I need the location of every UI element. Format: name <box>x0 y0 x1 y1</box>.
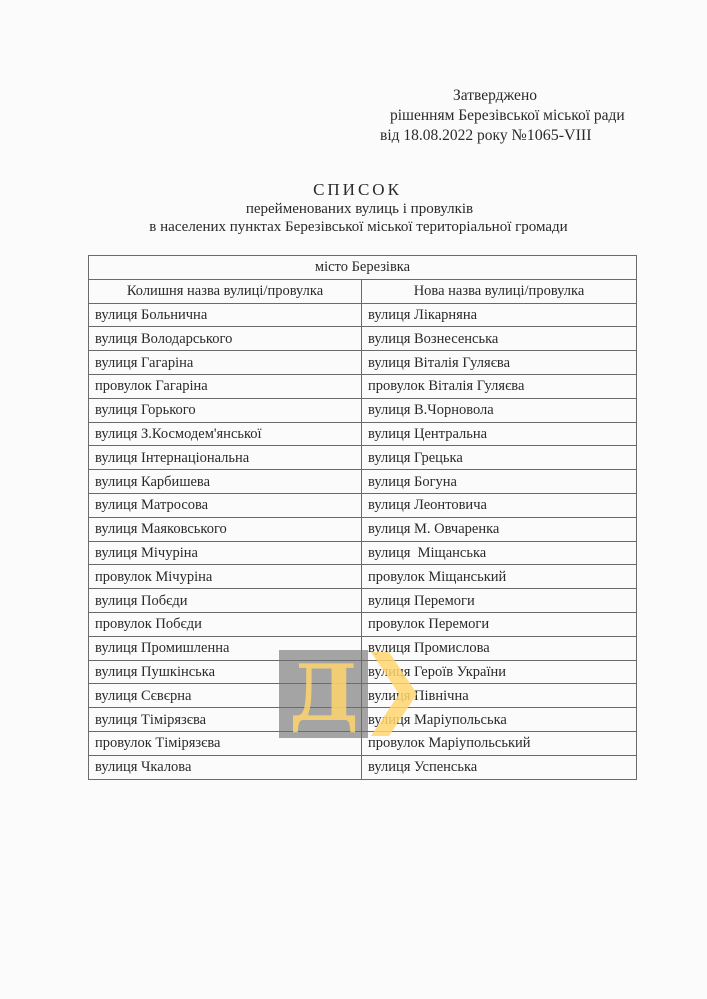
new-name-cell: вулиця Віталія Гуляєва <box>362 351 637 375</box>
approval-line-approved: Затверджено <box>380 86 680 106</box>
old-name-cell: вулиця Промишленна <box>89 636 362 660</box>
new-name-cell: вулиця Перемоги <box>362 589 637 613</box>
new-name-cell: вулиця Грецька <box>362 446 637 470</box>
section-header-city: місто Березівка <box>89 256 637 280</box>
new-name-cell: вулиця Успенська <box>362 755 637 779</box>
new-name-cell: вулиця Маріупольська <box>362 708 637 732</box>
new-name-cell: вулиця Леонтовича <box>362 493 637 517</box>
old-name-cell: провулок Мічуріна <box>89 565 362 589</box>
new-name-cell: вулиця Міщанська <box>362 541 637 565</box>
old-name-cell: вулиця Сєвєрна <box>89 684 362 708</box>
new-name-cell: вулиця В.Чорновола <box>362 398 637 422</box>
document-subtitle-line-2: в населених пунктах Березівської міської… <box>0 218 707 236</box>
approval-stamp: Затверджено рішенням Березівської місько… <box>380 86 680 146</box>
table-row: вулиця Побєдивулиця Перемоги <box>89 589 637 613</box>
table-row: вулиця Сєвєрнавулиця Північна <box>89 684 637 708</box>
table-row: вулиця Тімірязєвавулиця Маріупольська <box>89 708 637 732</box>
new-name-cell: вулиця Центральна <box>362 422 637 446</box>
table-row: провулок Гагарінапровулок Віталія Гуляєв… <box>89 374 637 398</box>
table-row: вулиця Промишленнавулиця Промислова <box>89 636 637 660</box>
old-name-cell: вулиця Володарського <box>89 327 362 351</box>
table-row: вулиця Матросовавулиця Леонтовича <box>89 493 637 517</box>
old-name-cell: провулок Тімірязєва <box>89 731 362 755</box>
table-row: вулиця Маяковськоговулиця М. Овчаренка <box>89 517 637 541</box>
approval-date: від 18.08.2022 року <box>380 127 511 144</box>
table-row: вулиця Пушкінськавулиця Героїв України <box>89 660 637 684</box>
new-name-cell: вулиця Північна <box>362 684 637 708</box>
new-name-cell: вулиця М. Овчаренка <box>362 517 637 541</box>
table-row: вулиця Больничнавулиця Лікарняна <box>89 303 637 327</box>
new-name-cell: провулок Міщанський <box>362 565 637 589</box>
old-name-cell: вулиця Горького <box>89 398 362 422</box>
approval-line-decision: рішенням Березівської міської ради <box>380 106 680 126</box>
column-header-new-name: Нова назва вулиці/провулка <box>362 279 637 303</box>
column-header-old-name: Колишня назва вулиці/провулка <box>89 279 362 303</box>
new-name-cell: вулиця Промислова <box>362 636 637 660</box>
new-name-cell: вулиця Лікарняна <box>362 303 637 327</box>
new-name-cell: провулок Перемоги <box>362 612 637 636</box>
table-row: вулиця Горькоговулиця В.Чорновола <box>89 398 637 422</box>
table-row: провулок Тімірязєвапровулок Маріупольськ… <box>89 731 637 755</box>
old-name-cell: вулиця Гагаріна <box>89 351 362 375</box>
renamed-streets-table: місто Березівка Колишня назва вулиці/про… <box>88 255 637 780</box>
table-row: вулиця Мічурінавулиця Міщанська <box>89 541 637 565</box>
table-row: вулиця З.Космодем'янськоївулиця Централь… <box>89 422 637 446</box>
old-name-cell: вулиця Чкалова <box>89 755 362 779</box>
new-name-cell: вулиця Богуна <box>362 470 637 494</box>
old-name-cell: вулиця Матросова <box>89 493 362 517</box>
new-name-cell: вулиця Вознесенська <box>362 327 637 351</box>
old-name-cell: вулиця Побєди <box>89 589 362 613</box>
table-row: провулок Мічурінапровулок Міщанський <box>89 565 637 589</box>
old-name-cell: вулиця Інтернаціональна <box>89 446 362 470</box>
old-name-cell: вулиця З.Космодем'янської <box>89 422 362 446</box>
document-title-block: СПИСОК перейменованих вулиць і провулків… <box>0 180 707 236</box>
old-name-cell: вулиця Пушкінська <box>89 660 362 684</box>
table-body: вулиця Больничнавулиця Лікарнянавулиця В… <box>89 303 637 779</box>
section-row: місто Березівка <box>89 256 637 280</box>
old-name-cell: вулиця Маяковського <box>89 517 362 541</box>
table-row: вулиця Володарськоговулиця Вознесенська <box>89 327 637 351</box>
table-row: вулиця Карбишевавулиця Богуна <box>89 470 637 494</box>
old-name-cell: вулиця Мічуріна <box>89 541 362 565</box>
approval-line-date: від 18.08.2022 року №1065-VIII <box>380 126 680 146</box>
table-row: провулок Побєдипровулок Перемоги <box>89 612 637 636</box>
document-page: Затверджено рішенням Березівської місько… <box>0 0 707 999</box>
decision-number: №1065-VIII <box>511 127 591 144</box>
old-name-cell: вулиця Карбишева <box>89 470 362 494</box>
table-row: вулиця Інтернаціональнавулиця Грецька <box>89 446 637 470</box>
table-row: вулиця Гагарінавулиця Віталія Гуляєва <box>89 351 637 375</box>
document-subtitle-line-1: перейменованих вулиць і провулків <box>0 200 707 218</box>
document-title: СПИСОК <box>0 180 707 200</box>
table-row: вулиця Чкаловавулиця Успенська <box>89 755 637 779</box>
new-name-cell: провулок Віталія Гуляєва <box>362 374 637 398</box>
new-name-cell: вулиця Героїв України <box>362 660 637 684</box>
old-name-cell: вулиця Больнична <box>89 303 362 327</box>
column-header-row: Колишня назва вулиці/провулка Нова назва… <box>89 279 637 303</box>
old-name-cell: провулок Побєди <box>89 612 362 636</box>
old-name-cell: провулок Гагаріна <box>89 374 362 398</box>
new-name-cell: провулок Маріупольський <box>362 731 637 755</box>
old-name-cell: вулиця Тімірязєва <box>89 708 362 732</box>
